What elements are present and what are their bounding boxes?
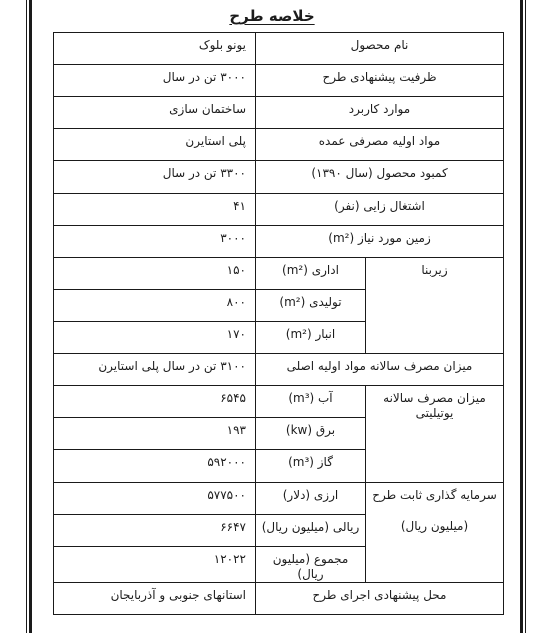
- table-row: نام محصول یونو بلوک: [54, 33, 504, 65]
- table-row: میزان مصرف سالانه یوتیلیتی آب (m³) ۶۵۴۵: [54, 386, 504, 418]
- page-border-left-outer: [26, 0, 27, 633]
- section-label-infrastructure: زیربنا: [366, 257, 504, 353]
- table-row: ظرفیت پیشنهادی طرح ۳۰۰۰ تن در سال: [54, 65, 504, 97]
- row-value: ۵۹۲۰۰۰: [54, 450, 256, 482]
- row-label: ظرفیت پیشنهادی طرح: [256, 65, 504, 97]
- row-value: ۱۹۳: [54, 418, 256, 450]
- table-row: کمبود محصول (سال ۱۳۹۰) ۳۳۰۰ تن در سال: [54, 161, 504, 193]
- row-sublabel: انبار (m²): [256, 321, 366, 353]
- page-border-right-inner: [520, 0, 523, 633]
- document-page: خلاصه طرح نام محصول یونو بلوک ظرفیت پیشن…: [0, 0, 544, 633]
- page-title: خلاصه طرح: [0, 7, 544, 25]
- row-value: ۵۷۷۵۰۰: [54, 482, 256, 514]
- section-label-utilities: میزان مصرف سالانه یوتیلیتی: [366, 386, 504, 482]
- row-sublabel: ارزی (دلار): [256, 482, 366, 514]
- row-value: ۶۵۴۵: [54, 386, 256, 418]
- row-value: ۶۶۴۷: [54, 514, 256, 546]
- row-label: میزان مصرف سالانه مواد اولیه اصلی: [256, 354, 504, 386]
- page-border-right-outer: [525, 0, 526, 633]
- row-value: ۳۰۰۰: [54, 225, 256, 257]
- row-sublabel: برق (kw): [256, 418, 366, 450]
- row-value: ۸۰۰: [54, 289, 256, 321]
- row-value: استانهای جنوبی و آذربایجان: [54, 582, 256, 614]
- section-label-text-line1: سرمایه گذاری ثابت طرح: [366, 488, 503, 502]
- row-label: اشتغال زایی (نفر): [256, 193, 504, 225]
- table-row: مواد اولیه مصرفی عمده پلی استایرن: [54, 129, 504, 161]
- table-row: زمین مورد نیاز (m²) ۳۰۰۰: [54, 225, 504, 257]
- row-value: ۱۷۰: [54, 321, 256, 353]
- row-value: ساختمان سازی: [54, 97, 256, 129]
- row-sublabel: ریالی (میلیون ریال): [256, 514, 366, 546]
- table-row: موارد کاربرد ساختمان سازی: [54, 97, 504, 129]
- section-label-text-line2: (میلیون ریال): [366, 519, 503, 533]
- table-row: سرمایه گذاری ثابت طرح (میلیون ریال) ارزی…: [54, 482, 504, 514]
- row-value: ۳۰۰۰ تن در سال: [54, 65, 256, 97]
- row-sublabel: تولیدی (m²): [256, 289, 366, 321]
- row-value: ۳۱۰۰ تن در سال پلی استایرن: [54, 354, 256, 386]
- table-row: اشتغال زایی (نفر) ۴۱: [54, 193, 504, 225]
- summary-table: نام محصول یونو بلوک ظرفیت پیشنهادی طرح ۳…: [53, 32, 504, 615]
- row-label: موارد کاربرد: [256, 97, 504, 129]
- row-value: پلی استایرن: [54, 129, 256, 161]
- row-label: نام محصول: [256, 33, 504, 65]
- table-row: محل پیشنهادی اجرای طرح استانهای جنوبی و …: [54, 582, 504, 614]
- row-value: ۴۱: [54, 193, 256, 225]
- section-label-text: زیربنا: [366, 263, 503, 277]
- row-value: یونو بلوک: [54, 33, 256, 65]
- row-sublabel: اداری (m²): [256, 257, 366, 289]
- section-label-text: میزان مصرف سالانه یوتیلیتی: [366, 391, 503, 420]
- row-value: ۱۵۰: [54, 257, 256, 289]
- row-label: کمبود محصول (سال ۱۳۹۰): [256, 161, 504, 193]
- section-label-investment: سرمایه گذاری ثابت طرح (میلیون ریال): [366, 482, 504, 582]
- row-sublabel: گاز (m³): [256, 450, 366, 482]
- row-value: ۳۳۰۰ تن در سال: [54, 161, 256, 193]
- page-border-left-inner: [29, 0, 32, 633]
- table-row: زیربنا اداری (m²) ۱۵۰: [54, 257, 504, 289]
- row-label: زمین مورد نیاز (m²): [256, 225, 504, 257]
- row-sublabel: آب (m³): [256, 386, 366, 418]
- row-label: مواد اولیه مصرفی عمده: [256, 129, 504, 161]
- row-value: ۱۲۰۲۲: [54, 546, 256, 582]
- row-sublabel: مجموع (میلیون ریال): [256, 546, 366, 582]
- table-row: میزان مصرف سالانه مواد اولیه اصلی ۳۱۰۰ ت…: [54, 354, 504, 386]
- row-label: محل پیشنهادی اجرای طرح: [256, 582, 504, 614]
